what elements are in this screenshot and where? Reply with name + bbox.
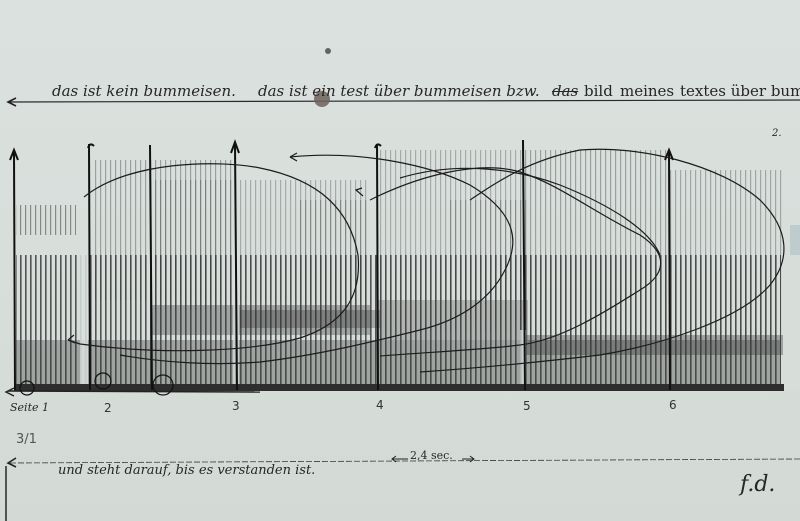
axis-label-6: 6 (669, 398, 677, 412)
signature: f.d. (740, 472, 775, 497)
top-underline (10, 100, 800, 102)
page-number: 3/1 (16, 432, 37, 447)
axis-label-2: 2 (104, 401, 112, 415)
bottom-text: und steht darauf, bis es verstanden ist. (58, 463, 315, 478)
axis-prefix: Seite 1 (10, 401, 49, 414)
top-text-1: das ist kein bummeisen. (52, 82, 236, 100)
top-text-bild: bild (584, 82, 613, 100)
spectrogram-drawing (0, 0, 800, 521)
top-text-2: das ist ein test über bummeisen bzw. (258, 82, 540, 100)
axis-label-5: 5 (523, 399, 531, 413)
top-text-meines: meines (620, 82, 674, 100)
duration-label: 2,4 sec. (410, 449, 453, 462)
top-text-end: textes über bumm (680, 82, 800, 100)
corner-mark: 2. (772, 128, 782, 139)
axis-label-3: 3 (232, 399, 240, 413)
axis-label-4: 4 (376, 398, 384, 412)
score-sheet: das ist kein bummeisen. das ist ein test… (0, 0, 800, 521)
top-text-crossed-das: das (552, 82, 578, 100)
